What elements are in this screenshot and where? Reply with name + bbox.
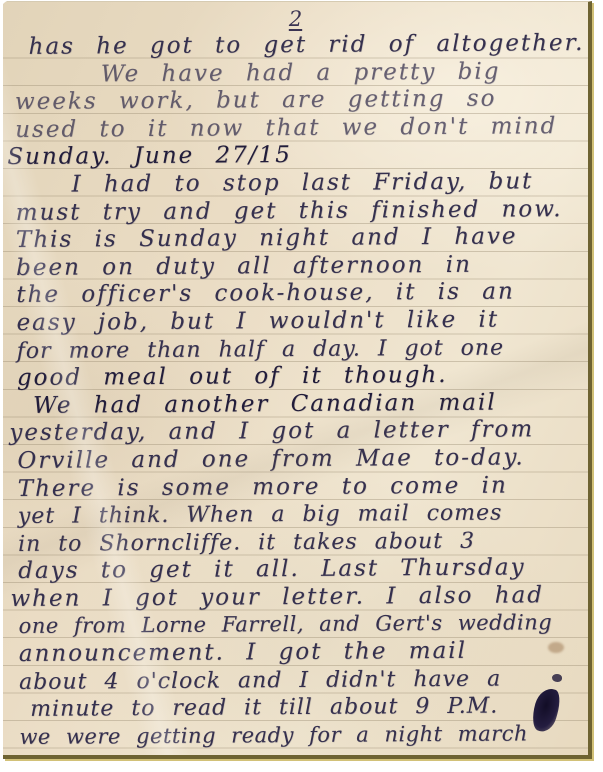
letter-line: announcement. I got the mail [19, 637, 590, 669]
letter-line: Orville and one from Mae to-day. [17, 444, 588, 476]
letter-line: we were getting ready for a night march [19, 720, 590, 752]
letter-line: yesterday, and I got a letter from [9, 416, 588, 448]
letter-line: We had another Canadian mail [33, 389, 588, 420]
letter-line: This is Sunday night and I have [16, 223, 587, 255]
letter-line: in to Shorncliffe. it takes about 3 [18, 527, 589, 559]
letter-line: good meal out of it though. [17, 361, 588, 393]
letter-page: 2 has he got to get rid of altogether. W… [3, 1, 592, 759]
letter-line: about 4 o'clock and I didn't have a [19, 665, 590, 697]
letter-line: minute to read it till about 9 P.M. [30, 692, 590, 724]
letter-line: days to get it all. Last Thursday [18, 554, 589, 586]
letter-line: There is some more to come in [18, 471, 589, 503]
letter-line: the officer's cook-house, it is an [16, 278, 587, 310]
letter-line: easy job, but I wouldn't like it [16, 306, 587, 338]
letter-line: for more than half a day. I got one [17, 333, 588, 365]
letter-body: has he got to get rid of altogether. We … [3, 30, 590, 752]
letter-line: one from Lorne Farrell, and Gert's weddi… [19, 609, 590, 641]
letter-date-line: Sunday. June 27/15 [7, 140, 586, 172]
letter-line: weeks work, but are getting so [15, 85, 586, 117]
photo-frame: 2 has he got to get rid of altogether. W… [0, 0, 603, 772]
letter-line: has he got to get rid of altogether. [29, 30, 586, 61]
letter-line: used to it now that we don't mind [15, 113, 586, 145]
rust-smudge [548, 642, 564, 653]
page-number: 2 [3, 7, 588, 31]
letter-line: must try and get this finished now. [16, 196, 587, 228]
letter-line: when I got your letter. I also had [10, 582, 589, 614]
letter-line: been on duty all afternoon in [16, 251, 587, 283]
ink-blot-dot [552, 674, 562, 682]
letter-line: I had to stop last Friday, but [71, 168, 586, 199]
letter-line: We have had a pretty big [101, 58, 586, 89]
letter-line: yet I think. When a big mail comes [18, 499, 589, 531]
